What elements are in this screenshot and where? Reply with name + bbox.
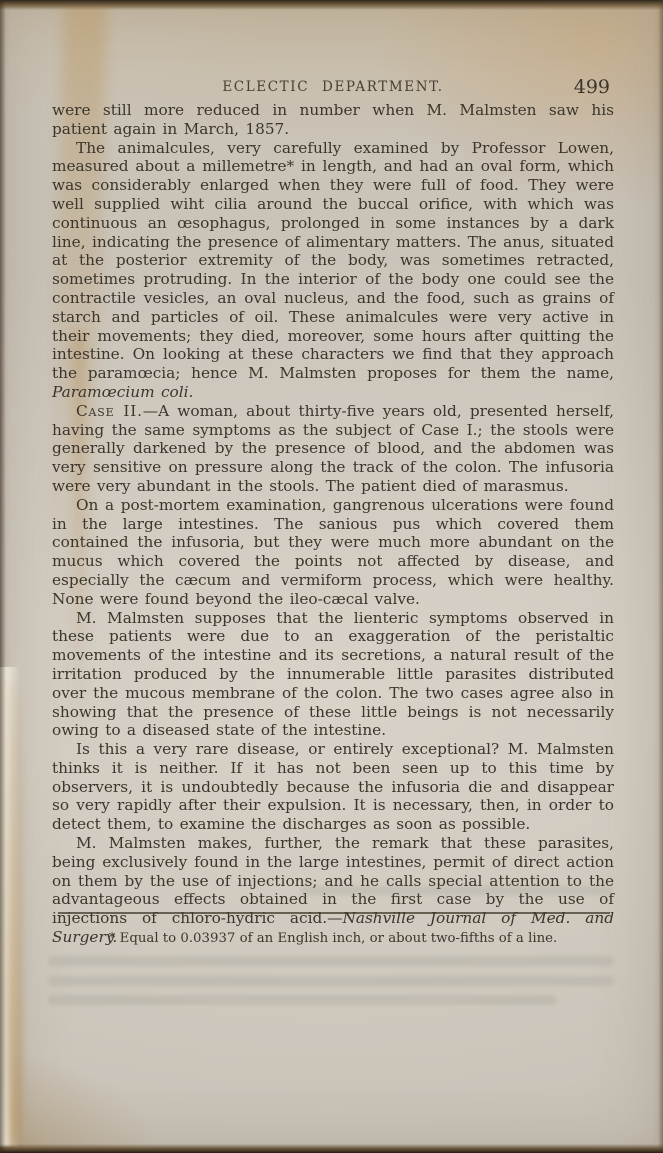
paragraph: were still more reduced in number when M… — [52, 101, 614, 139]
bleed-through-line — [48, 976, 614, 986]
footnote-text: * Equal to 0.03937 of an English inch, o… — [52, 931, 614, 946]
paragraph-segment: The animalcules, very carefully examined… — [52, 139, 614, 383]
bleed-through-text — [48, 956, 614, 1015]
paragraph-segment: On a post-mortem examination, gangrenous… — [52, 496, 614, 608]
running-head-title: ECLECTIC DEPARTMENT. — [52, 79, 614, 95]
paragraph-segment: Case II. — [76, 402, 143, 420]
paragraph: M. Malmsten supposes that the lienteric … — [52, 609, 614, 741]
scan-edge-left — [0, 0, 6, 1153]
page-number: 499 — [574, 76, 610, 98]
bleed-through-line — [48, 956, 614, 966]
scan-edge-right — [658, 0, 663, 1153]
scan-edge-top — [0, 0, 663, 10]
bleed-through-line — [300, 886, 612, 895]
paragraph: Case II.—A woman, about thirty-five year… — [52, 402, 614, 496]
paragraph-segment: were still more reduced in number when M… — [52, 101, 614, 138]
article-body: were still more reduced in number when M… — [52, 101, 614, 947]
torn-edge-stain — [6, 683, 22, 1153]
scan-edge-bottom — [0, 1144, 663, 1153]
footnote-separator-rule — [58, 912, 610, 914]
paragraph-segment: Paramœcium coli. — [52, 383, 193, 401]
paragraph: On a post-mortem examination, gangrenous… — [52, 496, 614, 609]
running-head: ECLECTIC DEPARTMENT. 499 — [52, 79, 614, 95]
paragraph-segment: Is this a very rare disease, or entirely… — [52, 740, 614, 833]
paragraph-segment: M. Malmsten supposes that the lienteric … — [52, 609, 614, 740]
paragraph: The animalcules, very carefully examined… — [52, 139, 614, 402]
book-page: ECLECTIC DEPARTMENT. 499 were still more… — [0, 0, 663, 1153]
bleed-through-line — [48, 995, 557, 1005]
paragraph: Is this a very rare disease, or entirely… — [52, 740, 614, 834]
